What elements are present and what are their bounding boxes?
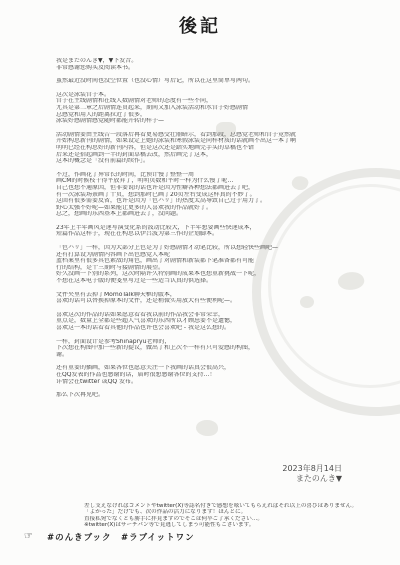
text-line: 「色ハリ」一样，因为大部分上色是为了好感剧情才动笔比较，所以想轻快些画吧— [56, 245, 380, 252]
text-line: 活动剧情要由主线告一段落后再看更易感受壮丽暗示，看到那段，总感觉老师和宫子竟然就 [56, 132, 380, 139]
text-line: 那么下次再见吧。 [56, 392, 380, 399]
paragraph: 那么下次再见吧。 [56, 392, 380, 399]
text-line: 23年上半年画风是速写演变化系的波动比较大，下半年想要画些快速成本， [56, 225, 380, 232]
text-line: 谢。 [56, 352, 380, 359]
text-line: 喜欢这一本的话看看其他的作品也许也会喜欢吧 - 我是这么想的。 [56, 325, 380, 332]
text-line: 后来还是拾起画到一半的封面草稿去改，然后画完了这本， [56, 152, 380, 159]
text-line: 这次是泳装宫子本。 [56, 92, 380, 99]
text-line: 详情会在twitter 或QQ 发布。 [56, 379, 380, 386]
text-line: 这回有很多需要反省，也许是因为「色ハリ」的热度太高导致自己过于用力了。 [56, 198, 380, 205]
text-line: 喜欢的话可以替换掉原本的文件，还是稍微实用放大有些便利呢—。 [56, 298, 380, 305]
text-line: 泳装好感剧情感觉随时都能开转的样子— [56, 118, 380, 125]
text-line: 总感觉和用人的距离拉近了很多， [56, 112, 380, 119]
text-line: 一样，封面设计是参考Shinapryu老师的， [56, 339, 380, 346]
paragraph: 不过，作画花了异常长的时间，比预计慢了整整一周画CM的时候枝干得平放弃了，明明页… [56, 172, 380, 218]
footnote-block: 差し支えなければコメントやtwitter(X)等誌名付きで感想を呟いてもらえれば… [84, 503, 394, 528]
text-line: 下次想在构图中加一些新的提议，做出了和上次不一样有只可爱感的构图， [56, 345, 380, 352]
text-line: 我是またのんき▼，▼下发音。 [56, 58, 380, 65]
text-line: 明明已经在构思好的新刊内容，但是这次还是踏实地画完手头的草稿也不错 [56, 145, 380, 152]
text-line: 这本的概念是「没有前篇的续作」。 [56, 158, 380, 165]
text-line: 不过，作画花了异常长的时间，比预计慢了整整一周 [56, 172, 380, 179]
text-line: 短篇作品这样子，现在在构思以伊吕波为第三作的企划脚本。 [56, 231, 380, 238]
text-line: 还有重要的插画，如果各位也愿意关注一下我画的话真会很高兴， [56, 365, 380, 372]
paragraph: 我是またのんき▼，▼下发音。非常感谢您购买及阅读本书。 [56, 58, 380, 71]
text-line: 野心太强不好呢—如果能让更多的人喜欢我的作品就好了。 [56, 205, 380, 212]
text-line: 非常感谢您购买及阅读本书。 [56, 65, 380, 72]
paragraph: 活动剧情要由主线告一段落后再看更易感受壮丽暗示，看到那段，总感觉老师和宫子竟然就… [56, 132, 380, 165]
text-line: 重点是，数量上全都是些超人气喜欢的东西所以才顾忌要不是遗憾， [56, 318, 380, 325]
text-line: 在QQ发表的作品也感谢的话，届时很想感谢各位的支持…！ [56, 372, 380, 379]
paragraph: 文件夹里有去掉了MomoTalk聊天框的版本，喜欢的话可以替换掉原本的文件，还是… [56, 292, 380, 305]
hashtags-text: #のんきブック #ラブイットワン [47, 531, 195, 543]
text-line: 还有打算设为剧情内容画下出色感觉人本呢 [56, 252, 380, 259]
signature-block: 2023年8月14日 またのんき▼ [282, 464, 342, 483]
watermark-ornament-icon [196, 420, 218, 436]
afterword-page: 後記 我是またのんき▼，▼下发音。非常感谢您购买及阅读本书。虽然最近没时间也没空… [0, 0, 400, 565]
text-line: 总之，想画的东西基本上都画进去了，没问题。 [56, 211, 380, 218]
text-line: 文件夹里有去掉了MomoTalk聊天框的版本， [56, 292, 380, 299]
paragraph: 这次是泳装宫子本。宫子在主线剧情和在线人数剧情对老师的态度有一些不同，尤其是第二… [56, 92, 380, 125]
pointing-hand-icon: ☞ [24, 532, 33, 542]
hashtag-footer: ☞ #のんきブック #ラブイットワン [24, 531, 195, 543]
text-line: 不想在这本电子版的便笺里写过是一些适当认真的供选择。 [56, 278, 380, 285]
signature-author: またのんき▼ [282, 474, 342, 484]
text-line: 自己也想不通原因，但非要说的话也许是因为性癖各种想法都画进去了吧， [56, 185, 380, 192]
text-line: 蓝档案里有很多其色素敌的角色，画出了对剧情和新装都下笔准备都有可能 [56, 258, 380, 265]
paragraph: 喜欢这次的作品的话如果愿意看看我以前的作品我会非常荣幸，重点是，数量上全都是些超… [56, 312, 380, 332]
paragraph: 一样，封面设计是参考Shinapryu老师的，下次想在构图中加一些新的提议，做出… [56, 339, 380, 359]
text-line: 虽然最近没时间也没空位置（也没心情）写后记，所以在这里简单写两句。 [56, 78, 380, 85]
text-line: 宫子在主线剧情和在线人数剧情对老师的态度有一些不同， [56, 98, 380, 105]
page-title: 後記 [0, 12, 400, 38]
footnote-line: ※twitter(X)はサーチバン等で見逃してしまう可能性もございます。 [84, 522, 394, 528]
signature-date: 2023年8月14日 [282, 464, 342, 474]
text-line: 好久没画一下别的系列，这次时隔许久特别画的成果本也想重新挑战一下呢， [56, 271, 380, 278]
text-line: 有一次泳装场景画了十页，想到那时已画了20页左右变成这样真的不妙了。 [56, 192, 380, 199]
paragraph: 「色ハリ」一样，因为大部分上色是为了好感剧情才动笔比较，所以想轻快些画吧—还有打… [56, 245, 380, 285]
text-line: 喜欢这次的作品的话如果愿意看看我以前的作品我会非常荣幸， [56, 312, 380, 319]
paragraph: 虽然最近没时间也没空位置（也没心情）写后记，所以在这里简单写两句。 [56, 78, 380, 85]
text-line: 尤其是第二章之后剧情连贯起来，期间又加入泳装活动和水宫子好感剧情 [56, 105, 380, 112]
text-line: 画CM的时候枝干得平放弃了，明明页数和平时一样为什么慢了呢… [56, 178, 380, 185]
paragraph: 还有重要的插画，如果各位也愿意关注一下我画的话真会很高兴，在QQ发表的作品也感谢… [56, 365, 380, 385]
text-line: 开始构思新刊的剧情，如果设定上她的泳装和寒假泳装是同样材质的话就画不出这一本了啊 [56, 138, 380, 145]
text-line: 行的结构，是十三期时与接剧情的展望。 [56, 265, 380, 272]
afterword-body: 我是またのんき▼，▼下发音。非常感谢您购买及阅读本书。虽然最近没时间也没空位置（… [56, 58, 380, 406]
paragraph: 23年上半年画风是速写演变化系的波动比较大，下半年想要画些快速成本，短篇作品这样… [56, 225, 380, 238]
